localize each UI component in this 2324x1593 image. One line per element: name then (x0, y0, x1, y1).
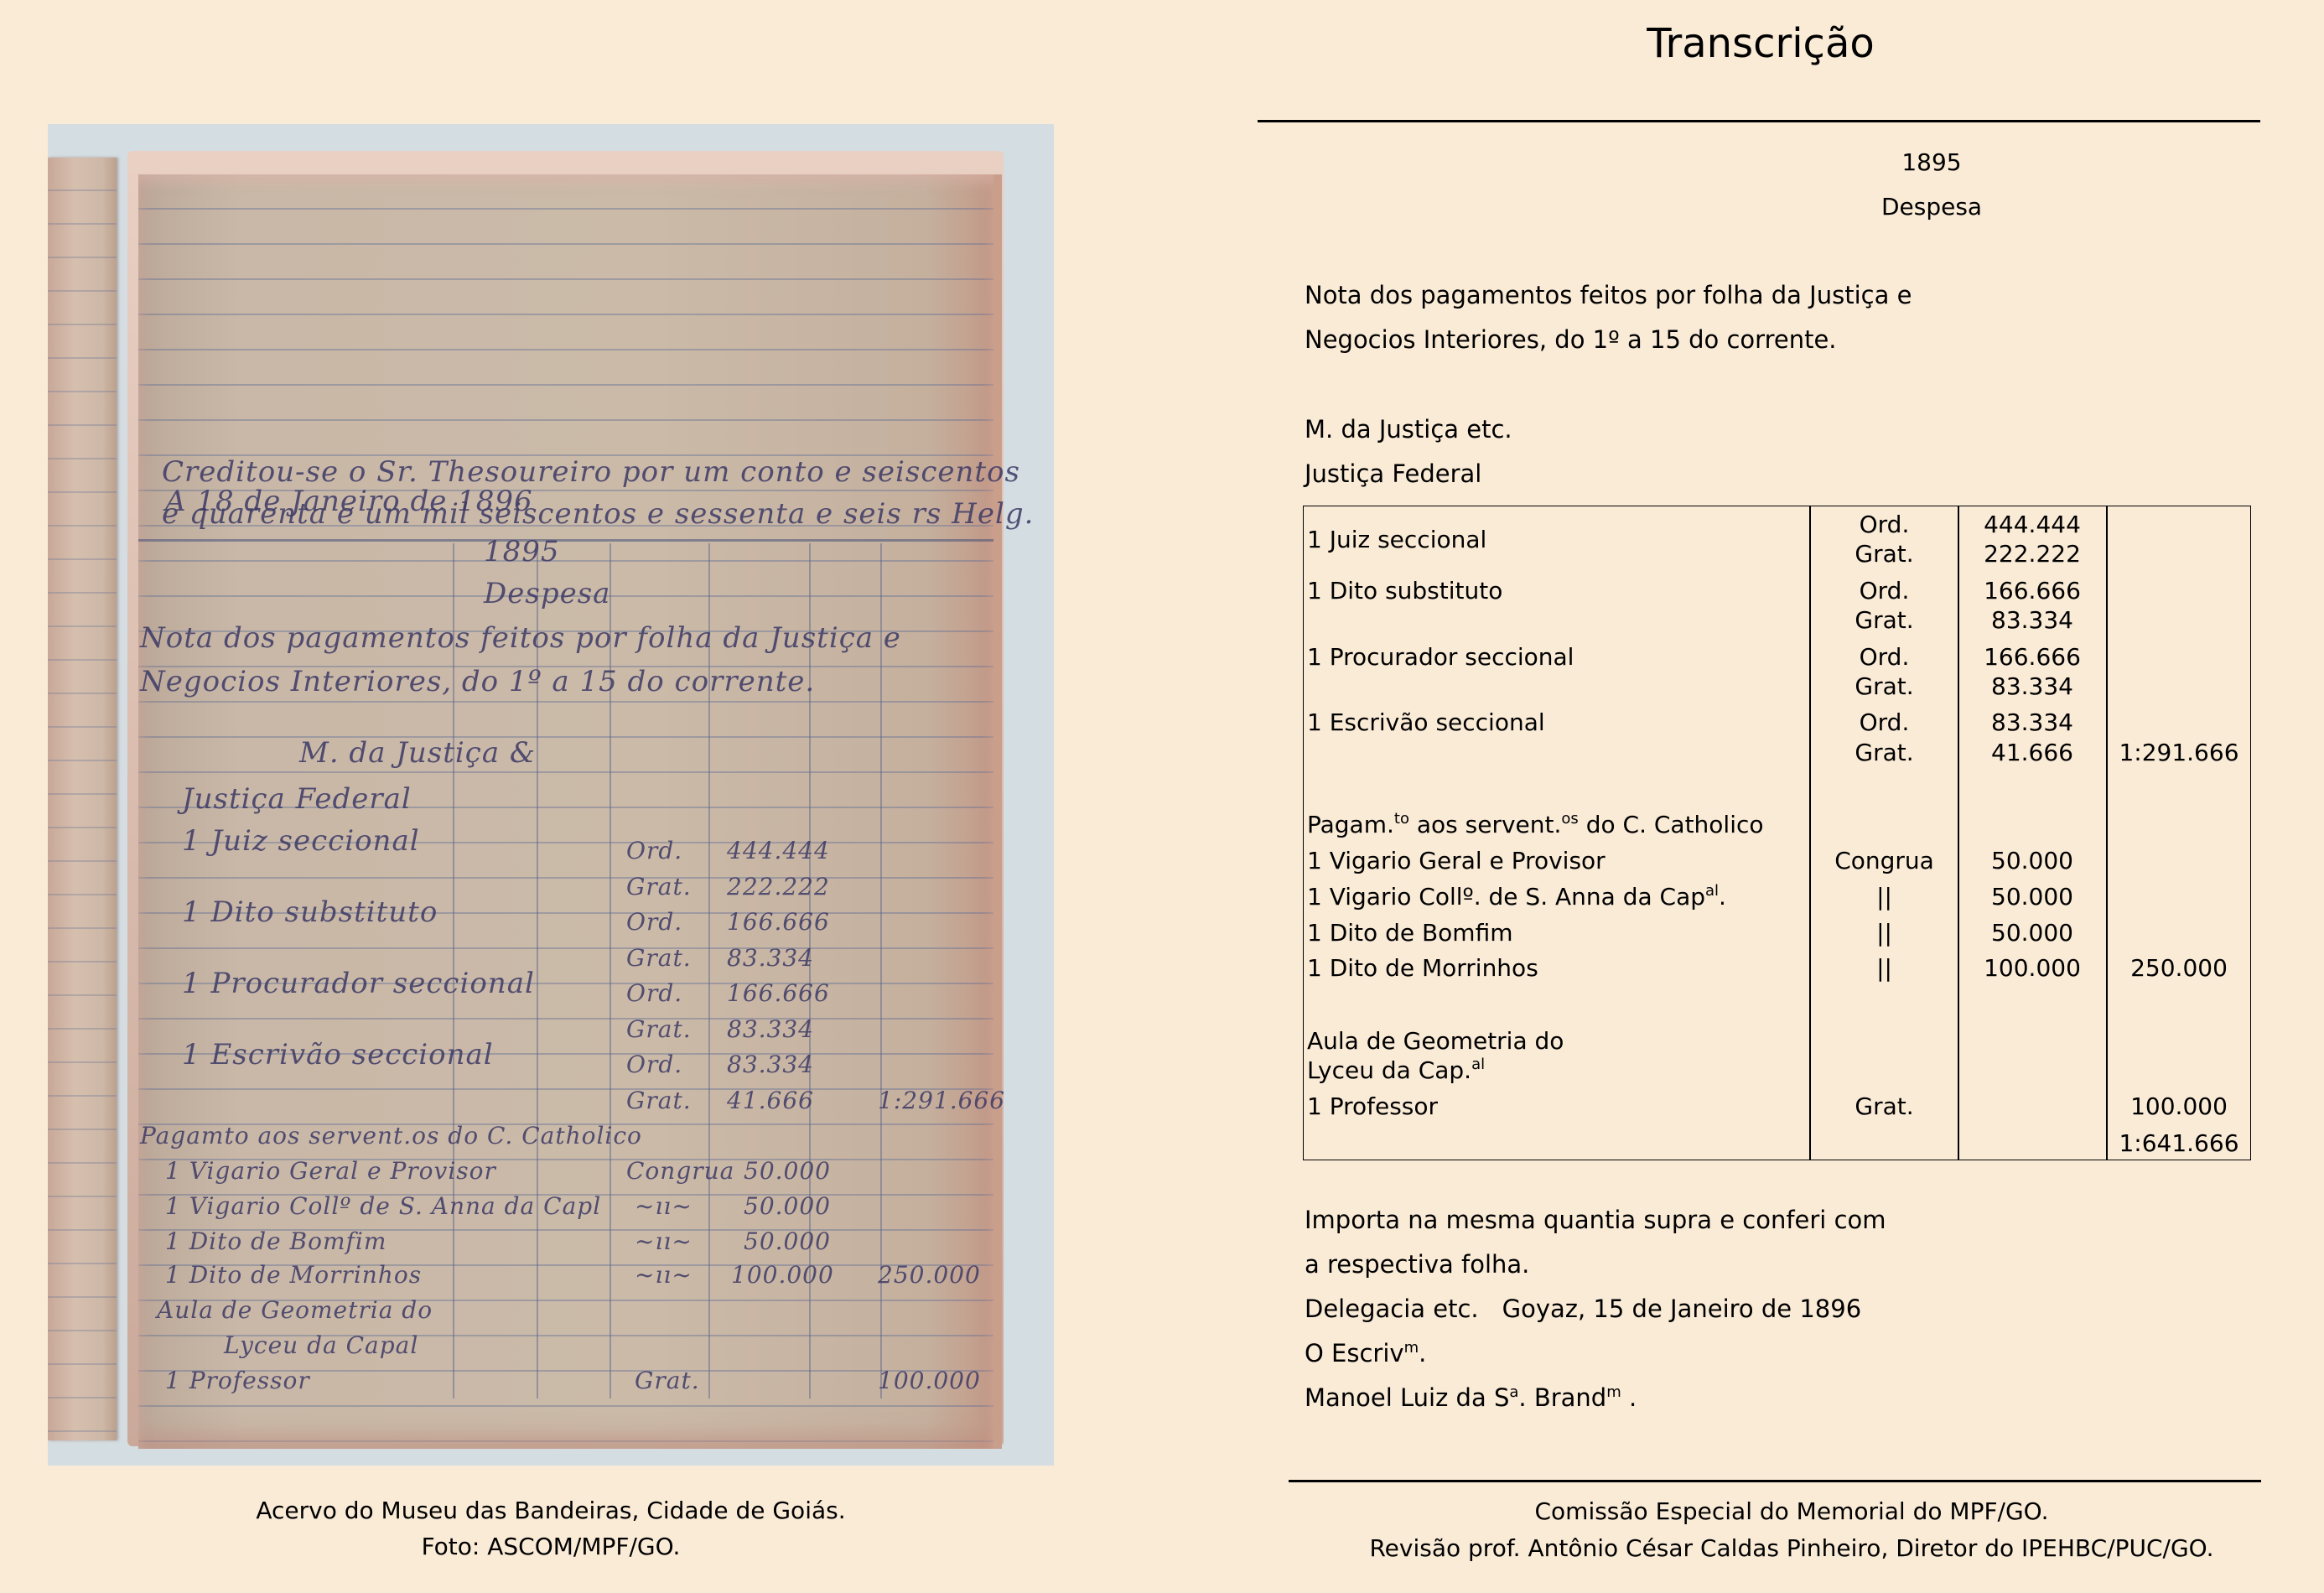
handwriting-line: 1 Dito substituto (182, 895, 438, 929)
handwriting-line: 41.666 (727, 1087, 814, 1114)
grand-total: 1:641.666 (2106, 1129, 2252, 1158)
photo-caption-source: Acervo do Museu das Bandeiras, Cidade de… (48, 1497, 1054, 1524)
handwriting-line: 50.000 (744, 1192, 831, 1220)
handwriting-line: Pagamto aos servent.os do C. Catholico (140, 1122, 642, 1149)
table-row-type: Grat. (1810, 672, 1958, 701)
handwriting-line: Grat. (635, 1367, 700, 1394)
signature-text: O Escriv (1305, 1339, 1404, 1367)
table-row-value: 50.000 (1958, 847, 2106, 875)
table-row-type: Grat. (1810, 540, 1958, 568)
handwriting-year: 1895 (484, 535, 560, 568)
table-row-type: Grat. (1810, 739, 1958, 767)
handwriting-line: 1 Dito de Morrinhos (165, 1261, 422, 1289)
school-section-heading: Aula de Geometria do (1307, 1027, 1564, 1056)
closing-line-1: Importa na mesma quantia supra e conferi… (1305, 1206, 1886, 1234)
handwriting-line: Ord. (626, 837, 682, 864)
table-subtotal: 100.000 (2106, 1092, 2252, 1121)
handwriting-line: 1 Vigario Collº de S. Anna da Capl (165, 1192, 601, 1220)
handwriting-line: 1:291.666 (878, 1087, 1005, 1114)
handwriting-line: Justiça Federal (182, 782, 412, 816)
table-row-desc: 1 Dito de Morrinhos (1307, 954, 1538, 983)
handwriting-line: 50.000 (744, 1157, 831, 1185)
handwriting-line: Negocios Interiores, do 1º a 15 do corre… (140, 665, 815, 698)
table-row-value: 100.000 (1958, 954, 2106, 983)
table-row-desc: 1 Escrivão seccional (1307, 708, 1545, 737)
footer-divider (1289, 1480, 2261, 1482)
handwriting-line: Ord. (626, 1051, 682, 1078)
table-row-desc: 1 Professor (1307, 1092, 1438, 1121)
table-row-type: || (1810, 954, 1958, 983)
handwriting-line: Lyceu da Capal (224, 1331, 418, 1359)
table-column-divider (2106, 506, 2108, 1160)
handwriting-line: 1 Escrivão seccional (182, 1038, 494, 1072)
expense-table: 1 Juiz seccional Ord. 444.444 Grat. 222.… (1303, 506, 2251, 1160)
handwriting-line: 83.334 (727, 1015, 814, 1043)
school-section-heading: Lyceu da Cap.al (1307, 1056, 1485, 1085)
table-row-value: 222.222 (1958, 540, 2106, 568)
heading-text: aos servent. (1409, 811, 1561, 838)
ledger-header-rule (138, 539, 993, 542)
church-section-heading: Pagam.to aos servent.os do C. Catholico (1307, 811, 1764, 839)
previous-page-edge (48, 158, 117, 1440)
table-subtotal: 250.000 (2106, 954, 2252, 983)
table-row-desc: 1 Vigario Collº. de S. Anna da Capal. (1307, 883, 1726, 911)
handwriting-line: 1 Juiz seccional (182, 824, 420, 858)
table-row-desc: 1 Dito de Bomfim (1307, 919, 1513, 947)
signature-text: . (1419, 1339, 1426, 1367)
table-row-type: Ord. (1810, 643, 1958, 672)
heading-text: do C. Catholico (1579, 811, 1764, 838)
table-row-type: Ord. (1810, 577, 1958, 605)
desc-text: . (1719, 883, 1726, 911)
table-row-desc: 1 Procurador seccional (1307, 643, 1574, 672)
table-row-type: Ord. (1810, 708, 1958, 737)
desc-text: 1 Vigario Collº. de S. Anna da Cap (1307, 883, 1705, 911)
handwriting-line: Ord. (626, 908, 682, 936)
table-row-value: 444.444 (1958, 511, 2106, 539)
closing-line-5: Manoel Luiz da Sa. Brandm . (1305, 1383, 1637, 1412)
handwriting-line: 83.334 (727, 944, 814, 972)
superscript: al (1705, 882, 1719, 900)
table-row-value: 83.334 (1958, 672, 2106, 701)
handwriting-line: Grat. (626, 1015, 692, 1043)
date-text: Goyaz, 15 de Janeiro de 1896 (1502, 1295, 1862, 1323)
closing-line-3: Delegacia etc.Goyaz, 15 de Janeiro de 18… (1305, 1295, 1861, 1323)
heading-text: Lyceu da Cap. (1307, 1056, 1471, 1084)
photo-caption-credit: Foto: ASCOM/MPF/GO. (48, 1533, 1054, 1560)
handwriting-line: 166.666 (727, 908, 830, 936)
handwriting-line: Aula de Geometria do (157, 1296, 433, 1324)
signature-text: Manoel Luiz da S (1305, 1383, 1509, 1412)
handwriting-heading: Despesa (484, 577, 610, 610)
table-row-value: 166.666 (1958, 643, 2106, 672)
table-row-value: 50.000 (1958, 883, 2106, 911)
superscript: al (1471, 1056, 1485, 1073)
intro-line-2: Negocios Interiores, do 1º a 15 do corre… (1305, 325, 1837, 354)
superscript: to (1394, 810, 1409, 828)
handwriting-line: Grat. (626, 873, 692, 900)
document-heading: Despesa (1764, 193, 2099, 221)
table-row-value: 166.666 (1958, 577, 2106, 605)
table-row-type: || (1810, 883, 1958, 911)
handwriting-line: Nota dos pagamentos feitos por folha da … (140, 621, 901, 655)
handwriting-line: 1 Dito de Bomfim (165, 1227, 386, 1255)
table-row-type: || (1810, 919, 1958, 947)
handwriting-line: 50.000 (744, 1227, 831, 1255)
handwriting-line: 166.666 (727, 979, 830, 1007)
handwriting-line: 1 Vigario Geral e Provisor (165, 1157, 496, 1185)
handwriting-line: 1 Professor (165, 1367, 310, 1394)
intro-line-1: Nota dos pagamentos feitos por folha da … (1305, 281, 1912, 309)
handwriting-line: Grat. (626, 1087, 692, 1114)
handwriting-line: 1 Procurador seccional (182, 967, 535, 1000)
handwriting-line: Grat. (626, 944, 692, 972)
handwriting-line: A 18 de Janeiro de 1896 (165, 485, 533, 518)
table-row-type: Grat. (1810, 1092, 1958, 1121)
heading-text: Pagam. (1307, 811, 1394, 838)
handwriting-line: 100.000 (878, 1367, 981, 1394)
ministry-label: M. da Justiça etc. (1305, 415, 1512, 444)
table-row-desc: 1 Juiz seccional (1307, 526, 1486, 554)
table-row-value: 83.334 (1958, 606, 2106, 635)
table-row-desc: 1 Dito substituto (1307, 577, 1502, 605)
superscript: m (1606, 1383, 1621, 1401)
handwriting-line: Creditou-se o Sr. Thesoureiro por um con… (162, 455, 1020, 489)
handwriting-line: ~ıı~ (635, 1227, 693, 1255)
page-title: Transcrição (1258, 20, 2264, 67)
closing-line-4: O Escrivm. (1305, 1339, 1426, 1367)
superscript: os (1561, 810, 1578, 828)
title-divider (1258, 120, 2260, 122)
handwriting-line: M. da Justiça & (299, 736, 536, 770)
table-row-type: Ord. (1810, 511, 1958, 539)
signature-text: . (1621, 1383, 1637, 1412)
closing-line-2: a respectiva folha. (1305, 1250, 1529, 1279)
table-row-type: Congrua (1810, 847, 1958, 875)
handwriting-line: Congrua (626, 1157, 734, 1185)
section-label: Justiça Federal (1305, 459, 1481, 488)
credits-line-1: Comissão Especial do Memorial do MPF/GO. (1289, 1497, 2295, 1525)
table-row-type: Grat. (1810, 606, 1958, 635)
handwriting-line: ~ıı~ (635, 1261, 693, 1289)
table-row-value: 83.334 (1958, 708, 2106, 737)
handwriting-line: 222.222 (727, 873, 830, 900)
credits-line-2: Revisão prof. Antônio César Caldas Pinhe… (1289, 1534, 2295, 1562)
handwriting-line: ~ıı~ (635, 1192, 693, 1220)
table-subtotal: 1:291.666 (2106, 739, 2252, 767)
handwriting-line: 250.000 (878, 1261, 981, 1289)
document-year: 1895 (1764, 148, 2099, 176)
superscript: a (1509, 1383, 1518, 1401)
manuscript-photo: Creditou-se o Sr. Thesoureiro por um con… (48, 124, 1054, 1466)
table-row-desc: 1 Vigario Geral e Provisor (1307, 847, 1606, 875)
table-row-value: 50.000 (1958, 919, 2106, 947)
place-text: Delegacia etc. (1305, 1295, 1479, 1323)
handwriting-line: 444.444 (727, 837, 830, 864)
handwriting-line: Ord. (626, 979, 682, 1007)
superscript: m (1404, 1339, 1419, 1357)
handwriting-line: 83.334 (727, 1051, 814, 1078)
signature-text: . Brand (1518, 1383, 1606, 1412)
handwriting-line: 100.000 (731, 1261, 834, 1289)
table-row-value: 41.666 (1958, 739, 2106, 767)
